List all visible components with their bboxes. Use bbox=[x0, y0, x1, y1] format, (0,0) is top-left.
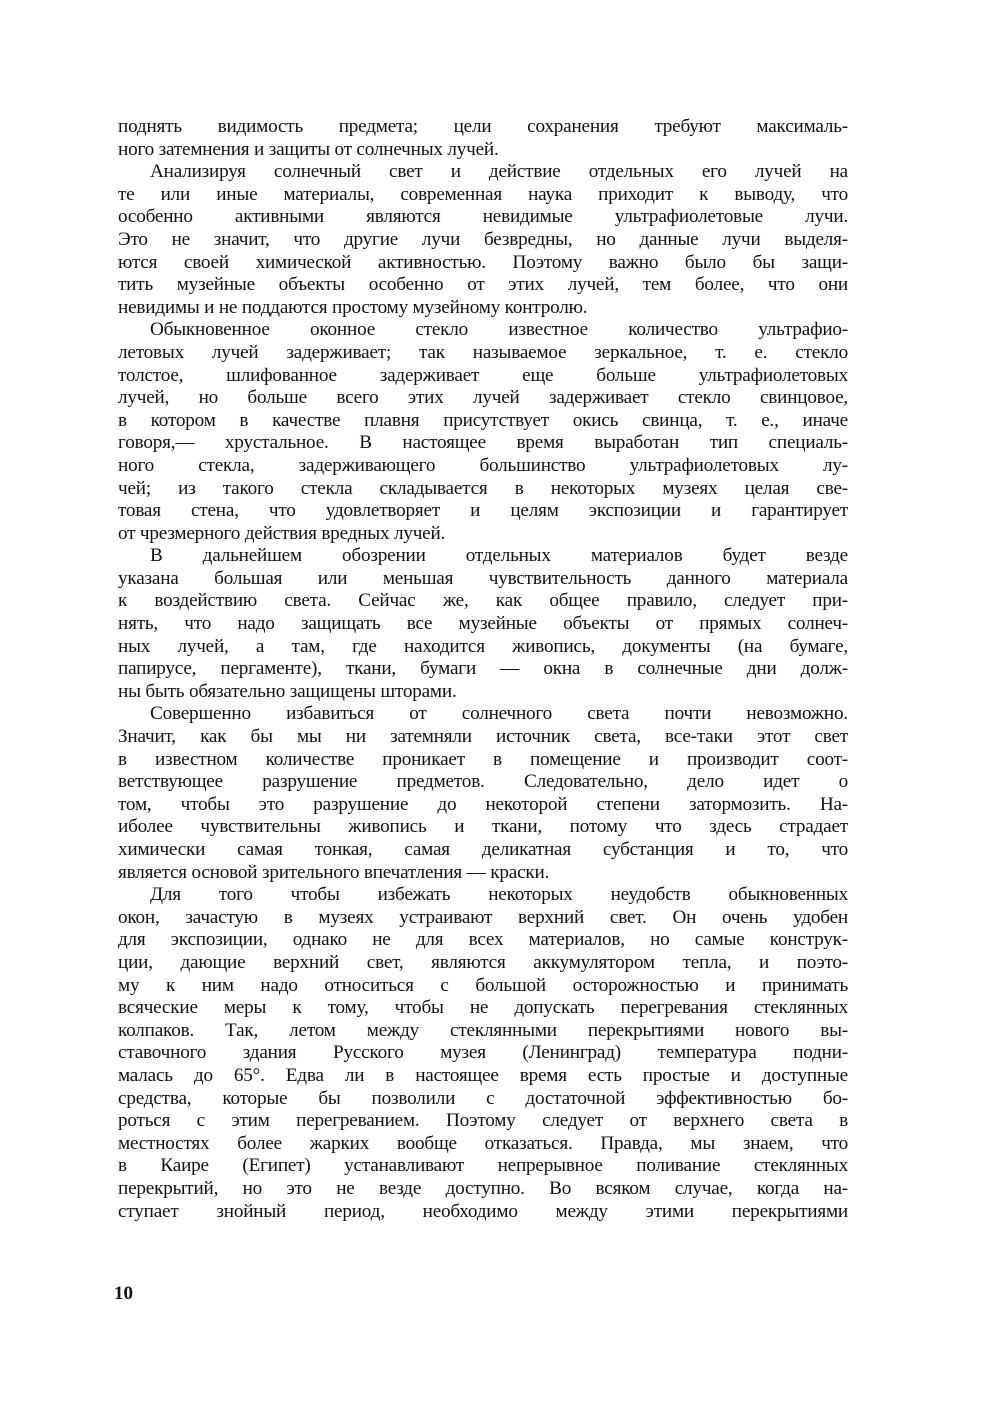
text-line: му к ним надо относиться с большой остор… bbox=[118, 975, 848, 998]
text-line: ных лучей, а там, где находится живопись… bbox=[118, 636, 848, 659]
text-line: для экспозиции, однако не для всех матер… bbox=[118, 929, 848, 952]
text-line: ступает знойный период, необходимо между… bbox=[118, 1201, 848, 1224]
text-line: всяческие меры к тому, чтобы не допускат… bbox=[118, 997, 848, 1020]
text-line: малась до 65°. Едва ли в настоящее время… bbox=[118, 1065, 848, 1088]
text-line: роться с этим перегреванием. Поэтому сле… bbox=[118, 1110, 848, 1133]
text-line: колпаков. Так, летом между стеклянными п… bbox=[118, 1020, 848, 1043]
text-line: ны быть обязательно защищены шторами. bbox=[118, 681, 848, 704]
text-line: толстое, шлифованное задерживает еще бол… bbox=[118, 365, 848, 388]
text-line: В дальнейшем обозрении отдельных материа… bbox=[118, 545, 848, 568]
text-line: поднять видимость предмета; цели сохране… bbox=[118, 116, 848, 139]
text-line: к воздействию света. Сейчас же, как обще… bbox=[118, 590, 848, 613]
paragraph: Совершенно избавиться от солнечного свет… bbox=[118, 703, 848, 884]
text-line: окон, зачастую в музеях устраивают верхн… bbox=[118, 907, 848, 930]
text-line: Для того чтобы избежать некоторых неудоб… bbox=[118, 884, 848, 907]
text-line: местностях более жарких вообще отказатьс… bbox=[118, 1133, 848, 1156]
text-line: от чрезмерного действия вредных лучей. bbox=[118, 523, 848, 546]
text-line: Значит, как бы мы ни затемняли источник … bbox=[118, 726, 848, 749]
text-line: указана большая или меньшая чувствительн… bbox=[118, 568, 848, 591]
text-line: товая стена, что удовлетворяет и целям э… bbox=[118, 500, 848, 523]
text-line: в Каире (Египет) устанавливают непрерывн… bbox=[118, 1155, 848, 1178]
paragraph: поднять видимость предмета; цели сохране… bbox=[118, 116, 848, 161]
text-line: ции, дающие верхний свет, являются аккум… bbox=[118, 952, 848, 975]
text-line: ного стекла, задерживающего большинство … bbox=[118, 455, 848, 478]
text-line: Это не значит, что другие лучи безвредны… bbox=[118, 229, 848, 252]
text-line: особенно активными являются невидимые ул… bbox=[118, 206, 848, 229]
paragraph: Обыкновенное оконное стекло известное ко… bbox=[118, 319, 848, 545]
page-body: поднять видимость предмета; цели сохране… bbox=[118, 116, 848, 1223]
text-line: в котором в качестве плавня присутствует… bbox=[118, 410, 848, 433]
text-line: средства, которые бы позволили с достато… bbox=[118, 1088, 848, 1111]
text-line: говоря,— хрустальное. В настоящее время … bbox=[118, 432, 848, 455]
text-line: иболее чувствительны живопись и ткани, п… bbox=[118, 816, 848, 839]
paragraph: В дальнейшем обозрении отдельных материа… bbox=[118, 545, 848, 703]
text-line: летовых лучей задерживает; так называемо… bbox=[118, 342, 848, 365]
text-line: Анализируя солнечный свет и действие отд… bbox=[118, 161, 848, 184]
text-line: невидимы и не поддаются простому музейно… bbox=[118, 297, 848, 320]
text-line: том, чтобы это разрушение до некоторой с… bbox=[118, 794, 848, 817]
text-line: нять, что надо защищать все музейные объ… bbox=[118, 613, 848, 636]
text-line: ются своей химической активностью. Поэто… bbox=[118, 252, 848, 275]
text-line: ветствующее разрушение предметов. Следов… bbox=[118, 771, 848, 794]
text-line: Обыкновенное оконное стекло известное ко… bbox=[118, 319, 848, 342]
text-line: ного затемнения и защиты от солнечных лу… bbox=[118, 139, 848, 162]
paragraph: Для того чтобы избежать некоторых неудоб… bbox=[118, 884, 848, 1223]
text-line: ставочного здания Русского музея (Ленинг… bbox=[118, 1042, 848, 1065]
text-line: является основой зрительного впечатления… bbox=[118, 862, 848, 885]
text-line: лучей, но больше всего этих лучей задерж… bbox=[118, 387, 848, 410]
text-line: в известном количестве проникает в помещ… bbox=[118, 749, 848, 772]
text-line: тить музейные объекты особенно от этих л… bbox=[118, 274, 848, 297]
text-line: чей; из такого стекла складывается в нек… bbox=[118, 478, 848, 501]
text-line: папирусе, пергаменте), ткани, бумаги — о… bbox=[118, 658, 848, 681]
text-line: химически самая тонкая, самая деликатная… bbox=[118, 839, 848, 862]
text-line: перекрытий, но это не везде доступно. Во… bbox=[118, 1178, 848, 1201]
paragraph: Анализируя солнечный свет и действие отд… bbox=[118, 161, 848, 319]
page-number: 10 bbox=[114, 1283, 133, 1305]
text-line: те или иные материалы, современная наука… bbox=[118, 184, 848, 207]
text-line: Совершенно избавиться от солнечного свет… bbox=[118, 703, 848, 726]
